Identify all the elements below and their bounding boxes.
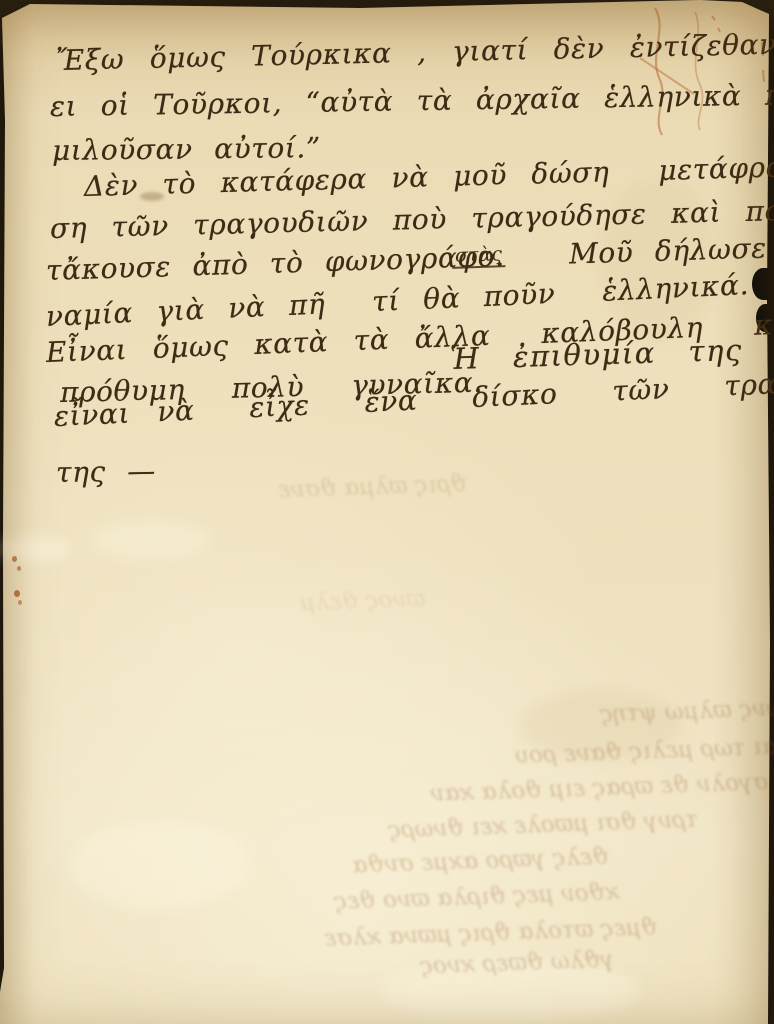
manuscript-line: της — <box>56 454 156 489</box>
bleedthrough-line: ϖνος ϑελμ <box>300 586 426 616</box>
red-speck <box>18 600 22 605</box>
scanned-manuscript-page: ϑωνς ϖλμω ψτης ϰαι τωρ μελις ϑανε ρου σγ… <box>0 0 774 1024</box>
red-speck <box>17 566 21 571</box>
paper-blotch <box>90 520 210 560</box>
paper-blotch <box>0 536 70 562</box>
red-speck <box>12 556 17 562</box>
paper-blotch <box>70 820 250 910</box>
interlinear-insertion: στὰς <box>452 243 506 269</box>
scan-edge-mark <box>752 268 774 300</box>
red-speck <box>14 590 20 597</box>
manuscript-line: μιλοῦσαν αὐτοί.” <box>52 131 321 167</box>
